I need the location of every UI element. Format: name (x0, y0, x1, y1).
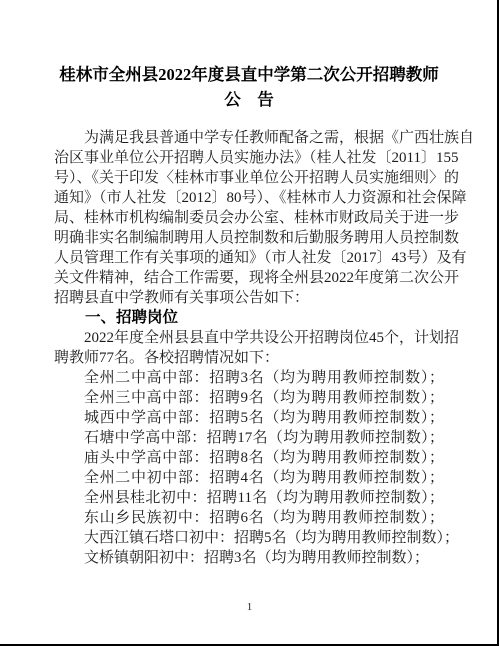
school-quota-line: 全州县桂北初中：招聘11名（均为聘用教师控制数）； (54, 488, 444, 508)
title-line-1: 桂林市全州县2022年度县直中学第二次公开招聘教师 (54, 62, 444, 87)
school-quota-line: 全州二中初中部：招聘4名（均为聘用教师控制数）； (54, 468, 444, 488)
school-quota-line: 石塘中学高中部：招聘17名（均为聘用教师控制数）； (54, 428, 444, 448)
page-number: 1 (0, 600, 499, 614)
section-heading-recruit-posts: 一、招聘岗位 (54, 308, 444, 328)
intro-text-line: 局、桂林市机构编制委员会办公室、桂林市财政局关于进一步 (54, 208, 444, 228)
intro-text-line: 人员管理工作有关事项的通知》（市人社发〔2017〕43号）及有 (54, 248, 444, 268)
intro-text-line: 明确非实名制编制聘用人员控制数和后勤服务聘用人员控制数 (54, 228, 444, 248)
intro-paragraph: 为满足我县普通中学专任教师配备之需，根据《广西壮族自治区事业单位公开招聘人员实施… (54, 128, 444, 308)
school-quota-line: 文桥镇朝阳初中：招聘3名（均为聘用教师控制数）； (54, 548, 444, 568)
intro-text-line: 通知》（市人社发〔2012〕80号）、《桂林市人力资源和社会保障 (54, 188, 444, 208)
intro-text-line: 治区事业单位公开招聘人员实施办法》（桂人社发〔2011〕155 (54, 148, 444, 168)
intro-text-line: 招聘县直中学教师有关事项公告如下： (54, 288, 444, 308)
intro-text-line: 关文件精神，结合工作需要，现将全州县2022年度第二次公开 (54, 268, 444, 288)
document-title: 桂林市全州县2022年度县直中学第二次公开招聘教师 公 告 (54, 62, 444, 112)
summary-text-line: 聘教师77名。各校招聘情况如下： (54, 348, 444, 368)
school-quota-line: 城西中学高中部：招聘5名（均为聘用教师控制数）； (54, 408, 444, 428)
school-quota-line: 全州二中高中部：招聘3名（均为聘用教师控制数）； (54, 368, 444, 388)
title-line-2: 公 告 (54, 87, 444, 112)
intro-text-line: 为满足我县普通中学专任教师配备之需，根据《广西壮族自 (54, 128, 444, 148)
intro-text-line: 号）、《关于印发〈桂林市事业单位公开招聘人员实施细则〉的 (54, 168, 444, 188)
recruit-summary-paragraph: 2022年度全州县县直中学共设公开招聘岗位45个，计划招聘教师77名。各校招聘情… (54, 328, 444, 368)
school-quota-line: 东山乡民族初中：招聘6名（均为聘用教师控制数）； (54, 508, 444, 528)
document-page: 桂林市全州县2022年度县直中学第二次公开招聘教师 公 告 为满足我县普通中学专… (0, 0, 499, 646)
school-quota-list: 全州二中高中部：招聘3名（均为聘用教师控制数）；全州三中高中部：招聘9名（均为聘… (54, 368, 444, 568)
school-quota-line: 全州三中高中部：招聘9名（均为聘用教师控制数）； (54, 388, 444, 408)
summary-text-line: 2022年度全州县县直中学共设公开招聘岗位45个，计划招 (54, 328, 444, 348)
school-quota-line: 庙头中学高中部：招聘8名（均为聘用教师控制数）； (54, 448, 444, 468)
school-quota-line: 大西江镇石塔口初中：招聘5名（均为聘用教师控制数）； (54, 528, 444, 548)
document-body: 桂林市全州县2022年度县直中学第二次公开招聘教师 公 告 为满足我县普通中学专… (0, 0, 499, 568)
